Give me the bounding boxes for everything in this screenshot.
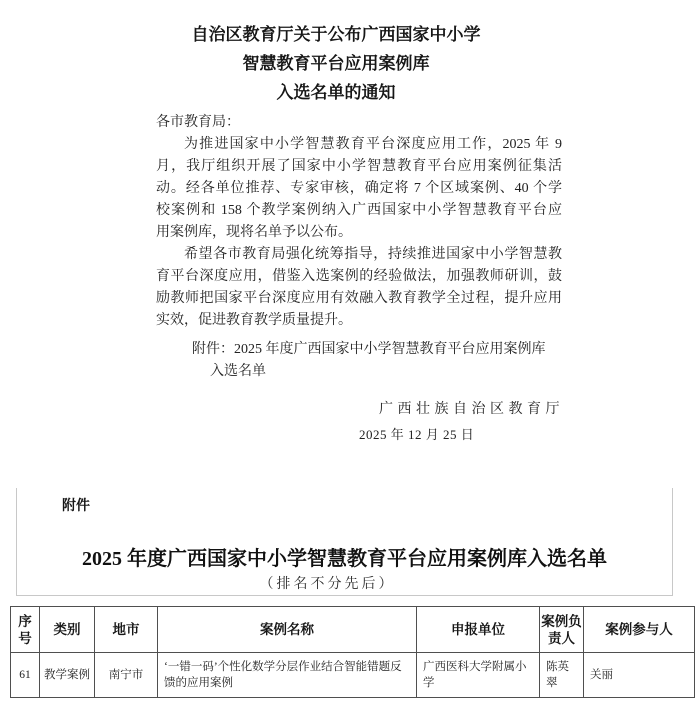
paragraph1-line: 为推进国家中小学智慧教育平台深度应用工作，2025 年 9 (156, 134, 562, 156)
paragraph2-line: 希望各市教育局强化统筹指导，持续推进国家中小学智慧教 (156, 244, 562, 266)
header-organization: 申报单位 (417, 607, 540, 653)
attachment-title: 2025 年度广西国家中小学智慧教育平台应用案例库入选名单 (17, 542, 672, 571)
attachment-reference-line-2: 入选名单 (156, 361, 562, 383)
notice-body: 各市教育局： 为推进国家中小学智慧教育平台深度应用工作，2025 年 9 月，我… (156, 112, 562, 383)
header-case-participants: 案例参与人 (584, 607, 695, 653)
paragraph1-line: 动。经各单位推荐、专家审核，确定将 7 个区域案例、40 个学 (156, 178, 562, 200)
notice-title: 自治区教育厅关于公布广西国家中小学 智慧教育平台应用案例库 入选名单的通知 (0, 20, 672, 107)
header-city: 地市 (95, 607, 158, 653)
cell-case-participants: 关丽 (584, 653, 695, 698)
case-roster-table: 序号 类别 地市 案例名称 申报单位 案例负责人 案例参与人 61 教学案例 南… (10, 606, 695, 698)
notice-title-line-3: 入选名单的通知 (0, 78, 672, 107)
attachment-subtitle: （排名不分先后） (0, 573, 655, 593)
attachment-reference-line-1: 附件：2025 年度广西国家中小学智慧教育平台应用案例库 (156, 339, 562, 361)
table-header-row: 序号 类别 地市 案例名称 申报单位 案例负责人 案例参与人 (11, 607, 695, 653)
cell-serial-number: 61 (11, 653, 40, 698)
cell-case-leader: 陈英翠 (540, 653, 584, 698)
paragraph1-line: 校案例和 158 个教学案例纳入广西国家中小学智慧教育平台应 (156, 200, 562, 222)
cell-category: 教学案例 (40, 653, 95, 698)
page: { "notice": { "title_lines": [ "自治区教育厅关于… (0, 0, 700, 725)
cell-organization: 广西医科大学附属小学 (417, 653, 540, 698)
table-row: 61 教学案例 南宁市 ‘一错一码’个性化数学分层作业结合智能错题反馈的应用案例… (11, 653, 695, 698)
paragraph1-line: 用案例库，现将名单予以公布。 (156, 222, 562, 244)
attachment-label: 附件 (62, 495, 90, 515)
notice-title-line-2: 智慧教育平台应用案例库 (0, 49, 672, 78)
issuer-signature: 广西壮族自治区教育厅 (379, 398, 564, 418)
cell-case-name: ‘一错一码’个性化数学分层作业结合智能错题反馈的应用案例 (158, 653, 417, 698)
issue-date: 2025 年 12 月 25 日 (359, 424, 474, 443)
salutation: 各市教育局： (156, 112, 562, 134)
notice-title-line-1: 自治区教育厅关于公布广西国家中小学 (0, 20, 672, 49)
paragraph1-line: 月，我厅组织开展了国家中小学智慧教育平台应用案例征集活 (156, 156, 562, 178)
header-category: 类别 (40, 607, 95, 653)
paragraph2-line: 育平台深度应用，借鉴入选案例的经验做法，加强教师研训，鼓 (156, 266, 562, 288)
paragraph2-line: 实效，促进教育教学质量提升。 (156, 310, 562, 332)
header-case-leader: 案例负责人 (540, 607, 584, 653)
paragraph2-line: 励教师把国家平台深度应用有效融入教育教学全过程，提升应用 (156, 288, 562, 310)
cell-city: 南宁市 (95, 653, 158, 698)
header-case-name: 案例名称 (158, 607, 417, 653)
spacer (156, 332, 562, 339)
attachment-section: 附件 2025 年度广西国家中小学智慧教育平台应用案例库入选名单 （排名不分先后… (16, 488, 673, 596)
header-serial-number: 序号 (11, 607, 40, 653)
